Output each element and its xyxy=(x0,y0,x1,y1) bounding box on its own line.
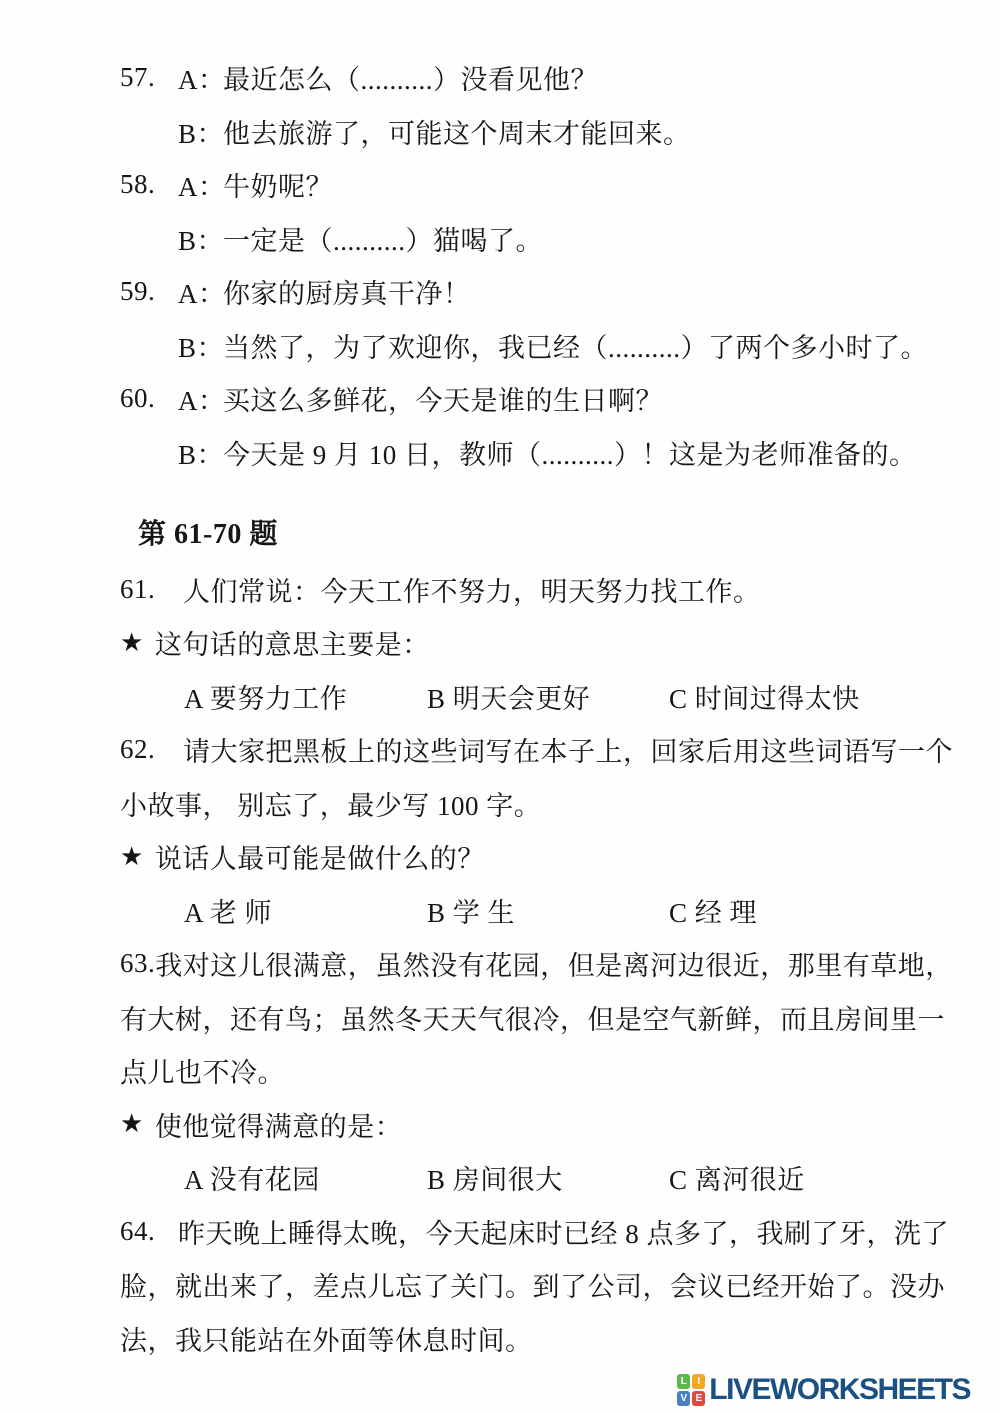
question-text: 请大家把黑板上的这些词写在本子上，回家后用这些词语写一个 xyxy=(183,730,953,769)
question-57-line-b: B： 他去旅游了，可能这个周末才能回来。 xyxy=(0,105,1000,159)
prompt-text: 说话人最可能是做什么的？ xyxy=(155,837,485,876)
question-57-line-a: 57. A： 最近怎么（..........）没看见他？ xyxy=(0,51,1000,105)
logo-tile-v: V xyxy=(677,1391,690,1406)
question-61-options: A 要努力工作 B 明天会更好 C 时间过得太快 xyxy=(0,670,1000,724)
star-icon: ★ xyxy=(120,842,144,872)
dialogue-text: 今天是 9 月 10 日，教师（..........）！这是为老师准备的。 xyxy=(223,433,917,472)
question-61-prompt: ★ 这句话的意思主要是： xyxy=(0,616,1000,670)
question-number: 64. xyxy=(120,1216,178,1247)
question-text: 小故事， 别忘了，最少写 100 字。 xyxy=(120,784,541,823)
option-a[interactable]: A 没有花园 xyxy=(184,1158,427,1197)
dialogue-text: 一定是（..........）猫喝了。 xyxy=(223,219,543,258)
prompt-text: 使他觉得满意的是： xyxy=(155,1105,403,1144)
liveworksheets-wordmark: LIVEWORKSHEETS xyxy=(709,1375,970,1405)
question-number: 57. xyxy=(120,62,178,93)
question-62-options: A 老 师 B 学 生 C 经 理 xyxy=(0,884,1000,938)
question-63-options: A 没有花园 B 房间很大 C 离河很近 xyxy=(0,1151,1000,1205)
question-number: 60. xyxy=(120,383,178,414)
question-59-line-a: 59. A： 你家的厨房真干净！ xyxy=(0,265,1000,319)
question-61-text: 61. 人们常说：今天工作不努力，明天努力找工作。 xyxy=(0,563,1000,617)
dialogue-text: 牛奶呢？ xyxy=(223,165,333,204)
logo-tile-i: I xyxy=(692,1374,705,1389)
question-58-line-b: B： 一定是（..........）猫喝了。 xyxy=(0,212,1000,266)
liveworksheets-logo[interactable]: L I V E LIVEWORKSHEETS xyxy=(677,1374,970,1406)
question-number: 63. xyxy=(120,948,155,979)
question-63-text-line1: 63.我对这儿很满意，虽然没有花园，但是离河边很近，那里有草地， xyxy=(0,937,1000,991)
question-63-text-line2: 有大树，还有鸟；虽然冬天天气很冷，但是空气新鲜，而且房间里一 xyxy=(0,991,1000,1045)
liveworksheets-tiles-icon: L I V E xyxy=(677,1374,705,1406)
option-b[interactable]: B 明天会更好 xyxy=(427,677,669,716)
section-header: 第 61-70 题 xyxy=(0,505,1000,559)
logo-tile-e: E xyxy=(692,1391,705,1406)
option-b[interactable]: B 房间很大 xyxy=(427,1158,669,1197)
dialogue-text: 他去旅游了，可能这个周末才能回来。 xyxy=(223,112,691,151)
question-text: 法，我只能站在外面等休息时间。 xyxy=(120,1319,533,1358)
speaker-a-label: A： xyxy=(178,379,223,418)
star-icon: ★ xyxy=(120,1109,144,1139)
speaker-b-label: B： xyxy=(178,433,223,472)
dialogue-text: 当然了，为了欢迎你，我已经（..........）了两个多小时了。 xyxy=(223,326,928,365)
question-text: 脸，就出来了，差点儿忘了关门。到了公司，会议已经开始了。没办 xyxy=(120,1265,945,1304)
logo-tile-l: L xyxy=(677,1374,690,1389)
speaker-b-label: B： xyxy=(178,326,223,365)
dialogue-text: 买这么多鲜花，今天是谁的生日啊？ xyxy=(223,379,663,418)
worksheet-page: 57. A： 最近怎么（..........）没看见他？ B： 他去旅游了，可能… xyxy=(0,0,1000,1413)
question-text: 点儿也不冷。 xyxy=(120,1051,285,1090)
question-63-text-line3: 点儿也不冷。 xyxy=(0,1044,1000,1098)
question-number: 61. xyxy=(120,574,183,605)
question-60-line-b: B： 今天是 9 月 10 日，教师（..........）！这是为老师准备的。 xyxy=(0,426,1000,480)
speaker-b-label: B： xyxy=(178,219,223,258)
option-b[interactable]: B 学 生 xyxy=(427,891,669,930)
question-62-text-line1: 62. 请大家把黑板上的这些词写在本子上，回家后用这些词语写一个 xyxy=(0,723,1000,777)
question-64-text-line3: 法，我只能站在外面等休息时间。 xyxy=(0,1312,1000,1366)
star-icon: ★ xyxy=(120,628,144,658)
question-59-line-b: B： 当然了，为了欢迎你，我已经（..........）了两个多小时了。 xyxy=(0,319,1000,373)
question-number: 62. xyxy=(120,734,183,765)
worksheet-body: 57. A： 最近怎么（..........）没看见他？ B： 他去旅游了，可能… xyxy=(0,0,1000,1365)
option-c[interactable]: C 离河很近 xyxy=(669,1158,805,1197)
option-a[interactable]: A 老 师 xyxy=(184,891,427,930)
option-c[interactable]: C 时间过得太快 xyxy=(669,677,860,716)
question-text: 人们常说：今天工作不努力，明天努力找工作。 xyxy=(183,570,761,609)
question-64-text-line1: 64. 昨天晚上睡得太晚，今天起床时已经 8 点多了，我刷了牙，洗了 xyxy=(0,1205,1000,1259)
speaker-a-label: A： xyxy=(178,272,223,311)
question-63-prompt: ★ 使他觉得满意的是： xyxy=(0,1098,1000,1152)
dialogue-text: 最近怎么（..........）没看见他？ xyxy=(223,58,598,97)
question-text: 有大树，还有鸟；虽然冬天天气很冷，但是空气新鲜，而且房间里一 xyxy=(120,998,945,1037)
question-62-prompt: ★ 说话人最可能是做什么的？ xyxy=(0,830,1000,884)
question-text: 我对这儿很满意，虽然没有花园，但是离河边很近，那里有草地， xyxy=(155,944,953,983)
speaker-a-label: A： xyxy=(178,165,223,204)
option-c[interactable]: C 经 理 xyxy=(669,891,757,930)
speaker-b-label: B： xyxy=(178,112,223,151)
speaker-a-label: A： xyxy=(178,58,223,97)
question-text: 昨天晚上睡得太晚，今天起床时已经 8 点多了，我刷了牙，洗了 xyxy=(178,1212,949,1251)
prompt-text: 这句话的意思主要是： xyxy=(155,623,430,662)
question-64-text-line2: 脸，就出来了，差点儿忘了关门。到了公司，会议已经开始了。没办 xyxy=(0,1258,1000,1312)
question-60-line-a: 60. A： 买这么多鲜花，今天是谁的生日啊？ xyxy=(0,372,1000,426)
question-62-text-line2: 小故事， 别忘了，最少写 100 字。 xyxy=(0,777,1000,831)
option-a[interactable]: A 要努力工作 xyxy=(184,677,427,716)
dialogue-text: 你家的厨房真干净！ xyxy=(223,272,471,311)
question-58-line-a: 58. A： 牛奶呢？ xyxy=(0,158,1000,212)
question-number: 58. xyxy=(120,169,178,200)
question-number: 59. xyxy=(120,276,178,307)
